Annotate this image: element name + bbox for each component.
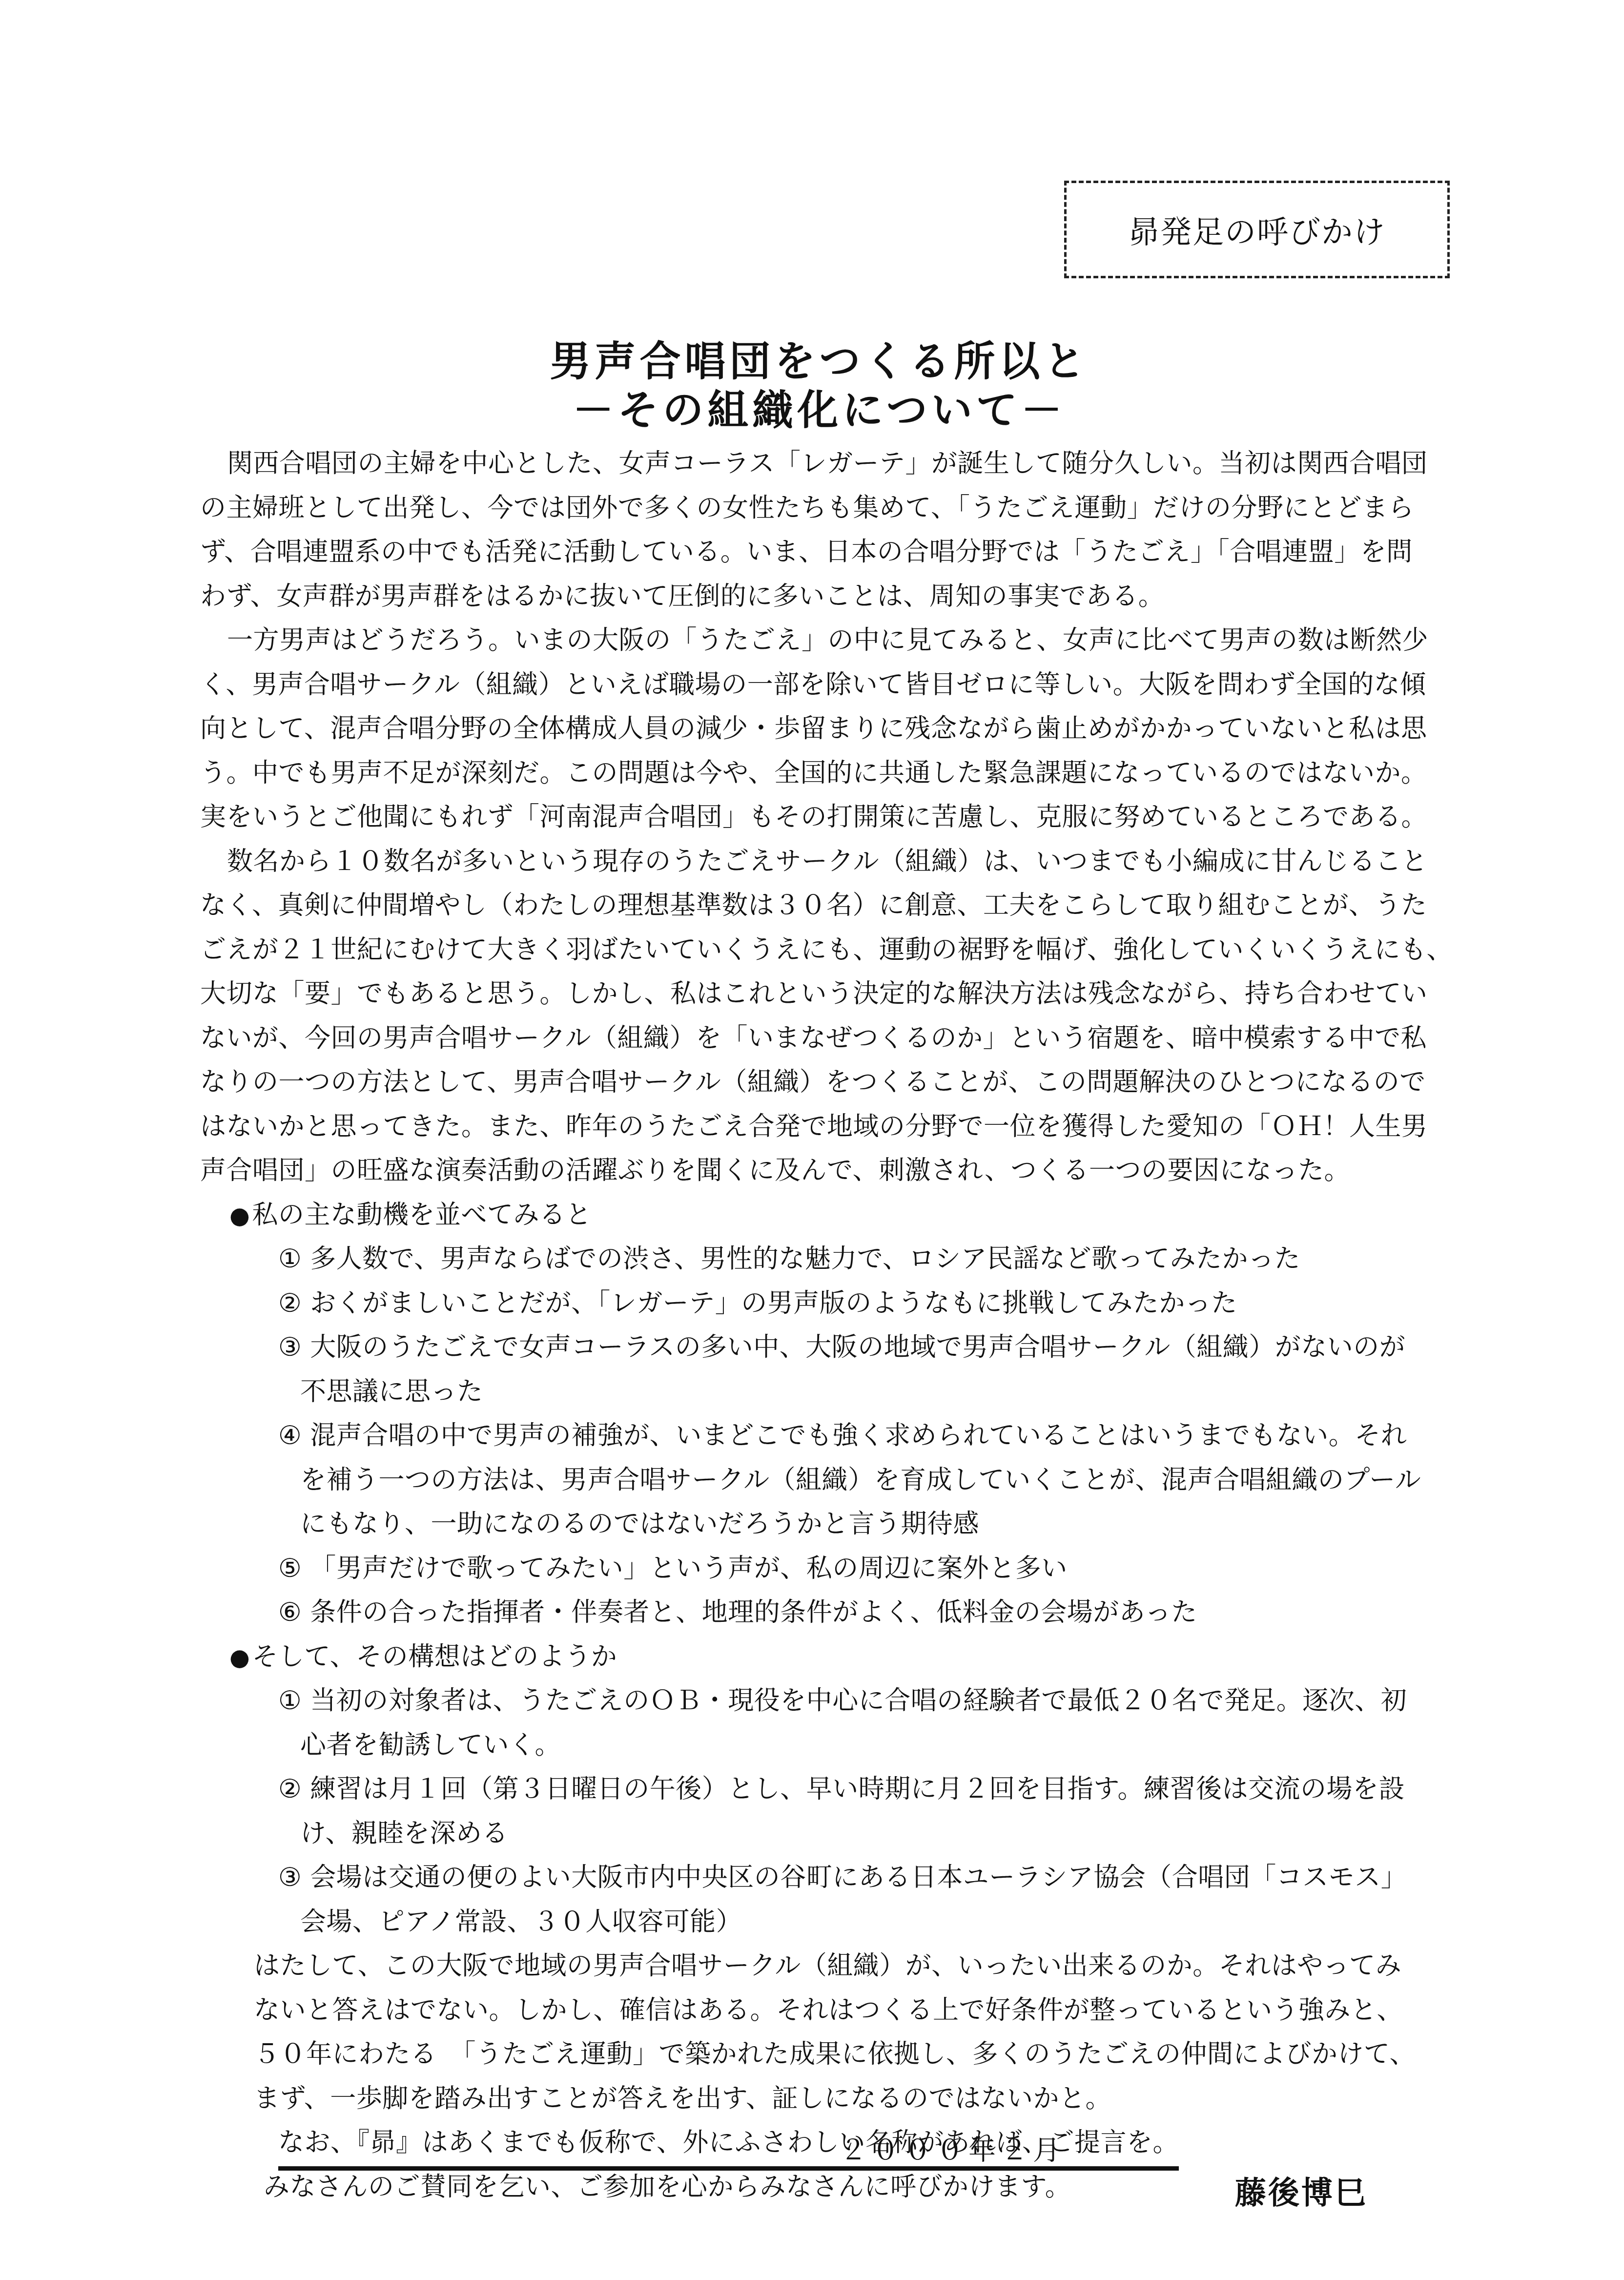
document-page: 昴発足の呼びかけ 男声合唱団をつくる所以と －その組織化について－ 関西合唱団の… bbox=[0, 0, 1624, 2280]
paragraph-3-line: なく、真剣に仲間増やし（わたしの理想基準数は３０名）に創意、工夫をこらして取り組… bbox=[200, 884, 1499, 928]
document-date: ２０００年２月 bbox=[840, 2129, 1065, 2168]
paragraph-3-line: ないが、今回の男声合唱サークル（組織）を「いまなぜつくるのか」という宿題を、暗中… bbox=[200, 1016, 1499, 1061]
author-name: 藤後博巳 bbox=[1235, 2168, 1368, 2213]
paragraph-1-line: ず、合唱連盟系の中でも活発に活動している。いま、日本の合唱分野では「うたごえ」「… bbox=[200, 530, 1499, 575]
motive-item-4: ④ 混声合唱の中で男声の補強が、いまどこでも強く求められていることはいうまでもな… bbox=[200, 1414, 1499, 1458]
conclusion-line: ないと答えはでない。しかし、確信はある。それはつくる上で好条件が整っているという… bbox=[200, 1989, 1499, 2033]
motives-heading-text: 私の主な動機を並べてみると bbox=[252, 1200, 592, 1230]
motive-item-1: ① 多人数で、男声ならばでの渋さ、男性的な魅力で、ロシア民謡など歌ってみたかった bbox=[200, 1237, 1499, 1282]
plan-item-1: ① 当初の対象者は、うたごえのＯＢ・現役を中心に合唱の経験者で最低２０名で発足。… bbox=[200, 1679, 1499, 1723]
paragraph-2-line: 向として、混声合唱分野の全体構成人員の減少・歩留まりに残念ながら歯止めがかかって… bbox=[200, 707, 1499, 751]
document-subtitle: －その組織化について－ bbox=[15, 386, 1624, 435]
plan-heading-text: そして、その構想はどのようか bbox=[252, 1642, 617, 1672]
motive-item-3-cont: 不思議に思った bbox=[200, 1370, 1499, 1414]
paragraph-1-line: の主婦班として出発し、今では団外で多くの女性たちも集めて、「うたごえ運動」だけの… bbox=[200, 486, 1499, 531]
paragraph-3-line: 声合唱団」の旺盛な演奏活動の活躍ぶりを聞くに及んで、刺激され、つくる一つの要因に… bbox=[200, 1149, 1499, 1193]
paragraph-3-line: はないかと思ってきた。また、昨年のうたごえ合発で地域の分野で一位を獲得した愛知の… bbox=[200, 1105, 1499, 1149]
title-block: 男声合唱団をつくる所以と －その組織化について－ bbox=[0, 337, 1624, 435]
bullet-icon: ● bbox=[229, 1644, 250, 1671]
paragraph-2-line: 一方男声はどうだろう。いまの大阪の「うたごえ」の中に見てみると、女声に比べて男声… bbox=[200, 619, 1499, 663]
conclusion-line: ５０年にわたる 「うたごえ運動」で築かれた成果に依拠し、多くのうたごえの仲間によ… bbox=[200, 2032, 1499, 2077]
motives-heading: ●私の主な動機を並べてみると bbox=[200, 1193, 1499, 1238]
motive-item-4-cont: にもなり、一助になのるのではないだろうかと言う期待感 bbox=[200, 1502, 1499, 1547]
body-text: 関西合唱団の主婦を中心とした、女声コーラス「レガーテ」が誕生して随分久しい。当初… bbox=[200, 442, 1499, 2209]
paragraph-3-line: 数名から１０数名が多いという現存のうたごえサークル（組織）は、いつまでも小編成に… bbox=[200, 840, 1499, 884]
plan-heading: ●そして、その構想はどのようか bbox=[200, 1635, 1499, 1679]
plan-item-3-cont: 会場、ピアノ常設、３０人収容可能） bbox=[200, 1900, 1499, 1945]
paragraph-3-line: なりの一つの方法として、男声合唱サークル（組織）をつくることが、この問題解決のひ… bbox=[200, 1060, 1499, 1105]
paragraph-2-line: 実をいうとご他聞にもれず「河南混声合唱団」もその打開策に苦慮し、克服に努めている… bbox=[200, 795, 1499, 840]
paragraph-2-line: う。中でも男声不足が深刻だ。この問題は今や、全国的に共通した緊急課題になっている… bbox=[200, 751, 1499, 796]
header-box: 昴発足の呼びかけ bbox=[1064, 181, 1450, 278]
document-title: 男声合唱団をつくる所以と bbox=[15, 337, 1624, 386]
paragraph-3-line: 大切な「要」でもあると思う。しかし、私はこれという決定的な解決方法は残念ながら、… bbox=[200, 972, 1499, 1016]
plan-item-1-cont: 心者を勧誘していく。 bbox=[200, 1723, 1499, 1768]
conclusion-line: はたして、この大阪で地域の男声合唱サークル（組織）が、いったい出来るのか。それは… bbox=[200, 1944, 1499, 1989]
plan-item-2: ② 練習は月１回（第３日曜日の午後）とし、早い時期に月２回を目指す。練習後は交流… bbox=[200, 1767, 1499, 1812]
motive-item-3: ③ 大阪のうたごえで女声コーラスの多い中、大阪の地域で男声合唱サークル（組織）が… bbox=[200, 1326, 1499, 1370]
motive-item-5: ⑤ 「男声だけで歌ってみたい」という声が、私の周辺に案外と多い bbox=[200, 1547, 1499, 1591]
paragraph-2-line: く、男声合唱サークル（組織）といえば職場の一部を除いて皆目ゼロに等しい。大阪を問… bbox=[200, 663, 1499, 707]
paragraph-1-line: 関西合唱団の主婦を中心とした、女声コーラス「レガーテ」が誕生して随分久しい。当初… bbox=[200, 442, 1499, 486]
plan-item-2-cont: け、親睦を深める bbox=[200, 1812, 1499, 1856]
header-box-label: 昴発足の呼びかけ bbox=[1128, 207, 1386, 252]
motive-item-6: ⑥ 条件の合った指揮者・伴奏者と、地理的条件がよく、低料金の会場があった bbox=[200, 1591, 1499, 1635]
motive-item-4-cont: を補う一つの方法は、男声合唱サークル（組織）を育成していくことが、混声合唱組織の… bbox=[200, 1458, 1499, 1503]
plan-item-3: ③ 会場は交通の便のよい大阪市内中央区の谷町にある日本ユーラシア協会（合唱団「コ… bbox=[200, 1856, 1499, 1900]
motive-item-2: ② おくがましいことだが、「レガーテ」の男声版のようなもに挑戦してみたかった bbox=[200, 1282, 1499, 1326]
paragraph-3-line: ごえが２１世紀にむけて大きく羽ばたいていくうえにも、運動の裾野を幅げ、強化してい… bbox=[200, 928, 1499, 973]
bullet-icon: ● bbox=[229, 1202, 250, 1229]
conclusion-line: まず、一歩脚を踏み出すことが答えを出す、証しになるのではないかと。 bbox=[200, 2077, 1499, 2121]
paragraph-1-line: わず、女声群が男声群をはるかに抜いて圧倒的に多いことは、周知の事実である。 bbox=[200, 575, 1499, 619]
